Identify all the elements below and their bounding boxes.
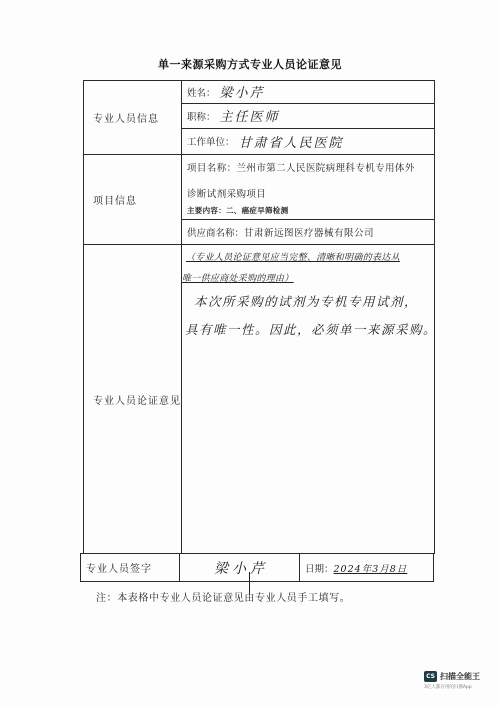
signature-handwriting: 梁小芹 (214, 558, 268, 578)
signature-label: 专业人员签字 (80, 553, 179, 582)
supplier-field: 供应商名称： 甘肃新远图医疗器械有限公司 (181, 219, 434, 244)
project-name-field: 项目名称：兰州市第二人民医院病理科专机专用体外 (187, 160, 432, 174)
opinion-label: 专业人员论证意见 (83, 244, 181, 554)
employer-value: 甘肃省人民医院 (239, 132, 344, 151)
name-label: 姓名： (187, 85, 216, 99)
watermark-tagline: 3亿人都在用的扫描App (424, 684, 480, 690)
scanner-watermark: CS 扫描全能王 3亿人都在用的扫描App (424, 671, 480, 690)
footer-note: 注：本表格中专业人员论证意见由专业人员手工填写。 (96, 589, 350, 604)
project-info-label: 项目信息 (83, 154, 181, 244)
employer-field: 工作单位： 甘肃省人民医院 (181, 128, 434, 154)
document-title: 单一来源采购方式专业人员论证意见 (0, 56, 500, 72)
employer-label: 工作单位： (187, 134, 235, 148)
main-content: 主要内容：二、癌症早筛检测 (187, 205, 288, 216)
camscanner-logo-icon: CS (424, 671, 437, 682)
date-field: 日期： 2024年3月8日 (299, 553, 433, 582)
expert-info-label: 专业人员信息 (83, 80, 181, 154)
opinion-handwritten-line1: 本次所采购的试剂为专机专用试剂， (194, 292, 418, 310)
title-label: 职称： (187, 109, 216, 123)
opinion-handwritten-line2: 具有唯一性。因此，必须单一来源采购。 (185, 320, 437, 338)
project-name-label: 项目名称： (187, 163, 237, 174)
signature-value: 梁小芹 (179, 553, 299, 582)
date-label: 日期： (305, 561, 334, 575)
title-field: 职称： 主任医师 (181, 103, 434, 128)
watermark-app-name: 扫描全能王 (440, 671, 480, 682)
title-value: 主任医师 (220, 106, 280, 125)
opinion-instruction-line2: 唯一供应商处采购的理由） (182, 271, 294, 284)
name-field: 姓名： 梁小芹 (181, 80, 434, 103)
supplier-label: 供应商名称： (187, 225, 244, 239)
supplier-value: 甘肃新远图医疗器械有限公司 (244, 225, 374, 239)
date-value: 2024年3月8日 (334, 561, 408, 575)
project-name-line1: 兰州市第二人民医院病理科专机专用体外 (237, 163, 415, 174)
opinion-instruction-line1: （专业人员论证意见应当完整、清晰和明确的表达从 (186, 250, 400, 263)
signature-label-text: 专业人员签字 (86, 560, 152, 575)
project-name-line2: 诊断试剂采购项目 (187, 186, 266, 200)
name-value: 梁小芹 (220, 82, 265, 101)
project-info-label-text: 项目信息 (93, 192, 137, 207)
opinion-label-text: 专业人员论证意见 (93, 392, 181, 407)
expert-info-label-text: 专业人员信息 (93, 110, 159, 125)
